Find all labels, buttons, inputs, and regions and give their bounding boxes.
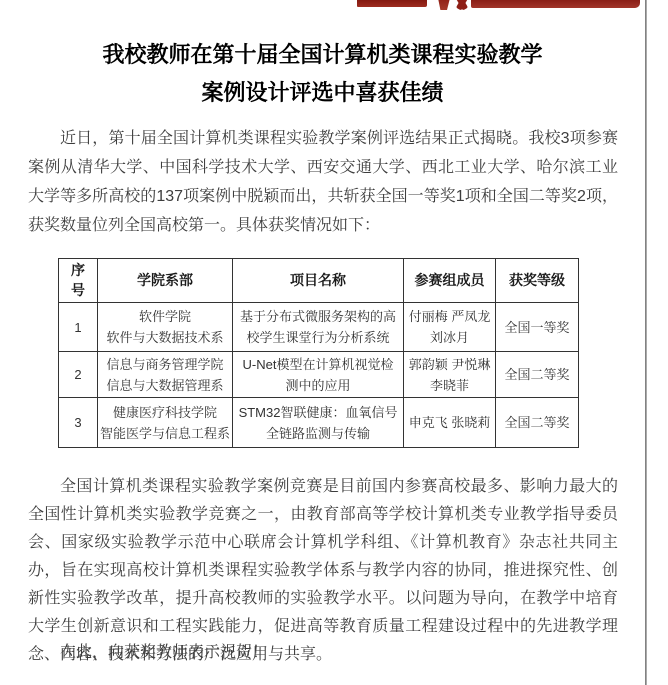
header-award: 获奖等级 — [496, 259, 579, 303]
page-title-line1: 我校教师在第十届全国计算机类课程实验教学 — [0, 36, 645, 74]
cell-award: 全国一等奖 — [496, 303, 579, 352]
cell-award: 全国二等奖 — [496, 352, 579, 398]
cell-dept: 软件学院 软件与大数据技术系 — [98, 303, 233, 352]
awards-table: 序号 学院系部 项目名称 参赛组成员 获奖等级 1 软件学院 软件与大数据技术系… — [58, 258, 579, 448]
page-title: 我校教师在第十届全国计算机类课程实验教学 案例设计评选中喜获佳绩 — [0, 36, 645, 112]
cell-seq: 1 — [59, 303, 98, 352]
cell-award: 全国二等奖 — [496, 398, 579, 448]
paragraph-congrats: 在此，向获奖教师表示祝贺！ — [28, 638, 618, 667]
cell-dept: 健康医疗科技学院 智能医学与信息工程系 — [98, 398, 233, 448]
paragraph-intro: 近日，第十届全国计算机类课程实验教学案例评选结果正式揭晓。我校3项参赛案例从清华… — [28, 124, 618, 240]
cell-project: U-Net模型在计算机视觉检 测中的应用 — [233, 352, 404, 398]
banner-right-bar — [471, 0, 640, 8]
cell-project: 基于分布式微服务架构的高 校学生课堂行为分析系统 — [233, 303, 404, 352]
cell-project: STM32智联健康：血氧信号 全链路监测与传输 — [233, 398, 404, 448]
cell-seq: 2 — [59, 352, 98, 398]
table-row: 1 软件学院 软件与大数据技术系 基于分布式微服务架构的高 校学生课堂行为分析系… — [59, 303, 579, 352]
cell-members: 付丽梅 严凤龙 刘冰月 — [404, 303, 496, 352]
cell-members: 申克飞 张晓莉 — [404, 398, 496, 448]
table-header-row: 序号 学院系部 项目名称 参赛组成员 获奖等级 — [59, 259, 579, 303]
document-page: 我校教师在第十届全国计算机类课程实验教学 案例设计评选中喜获佳绩 近日，第十届全… — [0, 0, 668, 685]
banner-left-bar — [357, 0, 427, 7]
cell-seq: 3 — [59, 398, 98, 448]
header-project: 项目名称 — [233, 259, 404, 303]
banner-red-graphic — [0, 0, 645, 14]
table-row: 3 健康医疗科技学院 智能医学与信息工程系 STM32智联健康：血氧信号 全链路… — [59, 398, 579, 448]
header-seq: 序号 — [59, 259, 98, 303]
header-dept: 学院系部 — [98, 259, 233, 303]
banner-cross-stroke — [451, 0, 473, 10]
table-row: 2 信息与商务管理学院 信息与大数据管理系 U-Net模型在计算机视觉检 测中的… — [59, 352, 579, 398]
page-title-line2: 案例设计评选中喜获佳绩 — [0, 74, 645, 112]
banner-stroke — [438, 0, 450, 10]
page-right-border-line — [645, 0, 647, 685]
cell-members: 郭韵颖 尹悦琳 李晓菲 — [404, 352, 496, 398]
header-members: 参赛组成员 — [404, 259, 496, 303]
cell-dept: 信息与商务管理学院 信息与大数据管理系 — [98, 352, 233, 398]
